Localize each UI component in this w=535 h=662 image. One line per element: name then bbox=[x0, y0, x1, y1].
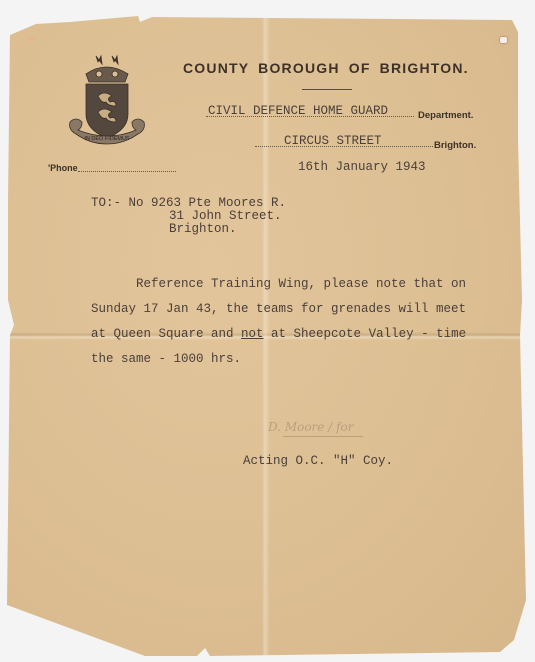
crest-motto: IN DEO FIDEMUS bbox=[84, 136, 130, 142]
signatory-title: Acting O.C. "H" Coy. bbox=[243, 454, 393, 468]
borough-crest-icon: IN DEO FIDEMUS bbox=[66, 52, 148, 148]
underlined-not: not bbox=[241, 327, 264, 341]
letter-date: 16th January 1943 bbox=[298, 160, 426, 174]
tack-mark bbox=[28, 37, 36, 41]
faint-signature: D. Moore / for bbox=[268, 420, 353, 434]
street-label: Brighton. bbox=[434, 140, 476, 151]
body-line-2: Sunday 17 Jan 43, the teams for grenades… bbox=[91, 297, 491, 322]
recipient-line-1: TO:- No 9263 Pte Moores R. bbox=[91, 196, 286, 210]
body-line-3-start: at Queen Square and bbox=[91, 327, 241, 341]
body-line-3: at Queen Square and not at Sheepcote Val… bbox=[91, 322, 491, 347]
street-value: CIRCUS STREET bbox=[284, 134, 382, 148]
recipient-line-2: 31 John Street. bbox=[169, 209, 282, 223]
department-value: CIVIL DEFENCE HOME GUARD bbox=[208, 104, 388, 118]
body-line-4: the same - 1000 hrs. bbox=[91, 347, 491, 372]
body-line-3-end: at Sheepcote Valley - time bbox=[264, 327, 467, 341]
heading-rule bbox=[302, 89, 352, 90]
body-line-1: Reference Training Wing, please note tha… bbox=[91, 272, 491, 297]
organisation-heading: COUNTY BOROUGH OF BRIGHTON. bbox=[183, 60, 469, 76]
department-label: Department. bbox=[418, 110, 473, 121]
letter-body: Reference Training Wing, please note tha… bbox=[91, 272, 491, 372]
letter-paper: IN DEO FIDEMUS COUNTY BOROUGH OF BRIGHTO… bbox=[0, 0, 535, 662]
phone-field-line bbox=[78, 171, 176, 172]
phone-label: 'Phone bbox=[48, 163, 78, 173]
recipient-line-3: Brighton. bbox=[169, 222, 237, 236]
pin-hole bbox=[500, 37, 507, 43]
signature-underline bbox=[283, 436, 363, 437]
